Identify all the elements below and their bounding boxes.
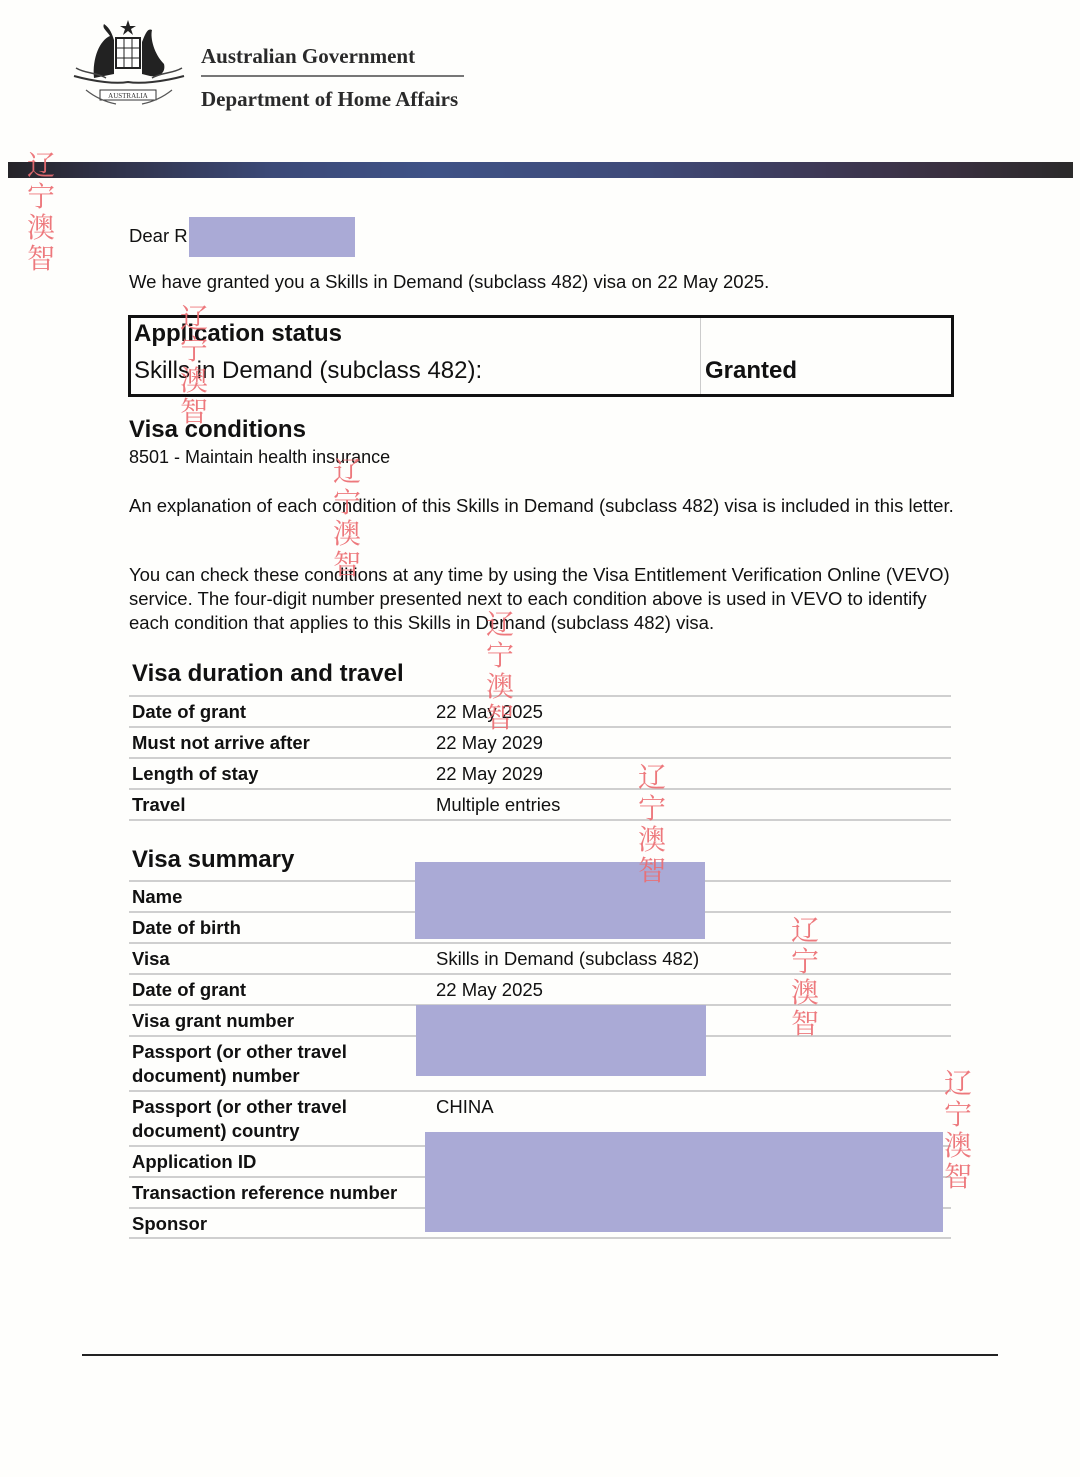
table-row: Must not arrive after 22 May 2029	[129, 726, 951, 757]
row-label: Must not arrive after	[132, 731, 310, 755]
table-row: Date of grant 22 May 2025	[129, 973, 951, 1004]
row-value: 22 May 2029	[436, 762, 543, 786]
row-value: CHINA	[436, 1095, 494, 1119]
row-value: 22 May 2029	[436, 731, 543, 755]
status-badge: Granted	[705, 357, 797, 385]
coat-of-arms-logo: AUSTRALIA	[66, 18, 192, 112]
redacted-application-transaction-sponsor	[425, 1132, 943, 1232]
watermark: 辽宁澳智	[789, 915, 821, 1039]
table-row: Length of stay 22 May 2029	[129, 757, 951, 788]
watermark: 辽宁澳智	[331, 456, 363, 580]
row-value: Skills in Demand (subclass 482)	[436, 947, 699, 971]
watermark: 辽宁澳智	[484, 609, 516, 733]
table-row: Travel Multiple entries	[129, 788, 951, 821]
department-name: Department of Home Affairs	[201, 87, 458, 112]
row-label: Passport (or other travel document) coun…	[132, 1095, 392, 1143]
watermark: 辽宁澳智	[636, 762, 668, 886]
row-value: 22 May 2025	[436, 978, 543, 1002]
conditions-explanation: An explanation of each condition of this…	[129, 494, 959, 518]
row-label: Sponsor	[132, 1212, 207, 1236]
row-label: Date of grant	[132, 700, 246, 724]
row-label: Travel	[132, 793, 186, 817]
vevo-note: You can check these conditions at any ti…	[129, 563, 959, 635]
row-label: Visa grant number	[132, 1009, 294, 1033]
row-label: Name	[132, 885, 182, 909]
row-value: Multiple entries	[436, 793, 560, 817]
row-label: Passport (or other travel document) numb…	[132, 1040, 392, 1088]
status-divider	[700, 318, 701, 394]
salutation: Dear R	[129, 224, 188, 248]
table-row: Date of grant 22 May 2025	[129, 695, 951, 726]
row-label: Date of birth	[132, 916, 241, 940]
row-label: Visa	[132, 947, 170, 971]
watermark: 辽宁澳智	[178, 303, 210, 427]
row-label: Length of stay	[132, 762, 258, 786]
header-divider	[201, 75, 464, 77]
table-row: Visa Skills in Demand (subclass 482)	[129, 942, 951, 973]
visa-conditions-title: Visa conditions	[129, 416, 306, 444]
row-label: Date of grant	[132, 978, 246, 1002]
application-status-title: Application status	[134, 320, 342, 348]
row-label: Transaction reference number	[132, 1181, 397, 1205]
redacted-name	[189, 217, 355, 257]
svg-text:AUSTRALIA: AUSTRALIA	[108, 92, 148, 100]
row-label: Application ID	[132, 1150, 256, 1174]
watermark: 辽宁澳智	[25, 150, 57, 274]
duration-section-title: Visa duration and travel	[132, 660, 404, 688]
watermark: 辽宁澳智	[942, 1068, 974, 1192]
header-band	[8, 162, 1073, 178]
duration-table: Date of grant 22 May 2025 Must not arriv…	[129, 695, 951, 821]
government-name: Australian Government	[201, 44, 415, 69]
grant-statement: We have granted you a Skills in Demand (…	[129, 270, 769, 294]
footer-divider	[82, 1354, 998, 1356]
summary-section-title: Visa summary	[132, 846, 294, 874]
redacted-grant-passport-number	[416, 1005, 706, 1076]
